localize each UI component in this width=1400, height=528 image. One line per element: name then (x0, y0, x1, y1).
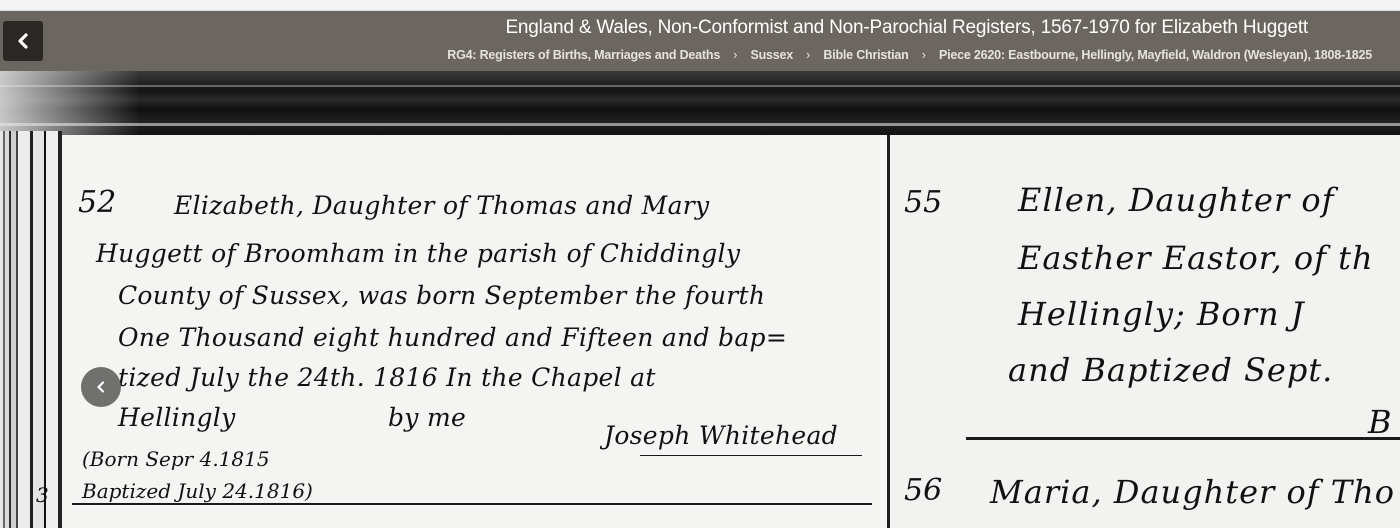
entry-separator-rule (966, 437, 1400, 440)
register-page-right: 55 Ellen, Daughter of Easther Eastor, of… (890, 135, 1400, 528)
entry-line: Huggett of Broomham in the parish of Chi… (96, 239, 740, 268)
breadcrumb-item-county[interactable]: Sussex (750, 48, 793, 62)
signature: Joseph Whitehead (604, 421, 838, 450)
scan-left-margin (0, 131, 62, 528)
breadcrumb-separator: › (806, 47, 810, 62)
page-title: England & Wales, Non-Conformist and Non-… (505, 17, 1308, 39)
entry-number: 55 (904, 185, 942, 220)
breadcrumb-item-denomination[interactable]: Bible Christian (823, 48, 908, 62)
entry-line: tized July the 24th. 1816 In the Chapel … (118, 363, 656, 392)
breadcrumb: RG4: Registers of Births, Marriages and … (447, 47, 1372, 62)
chevron-left-icon (15, 33, 31, 49)
breadcrumb-separator: › (922, 47, 926, 62)
entry-number: 52 (78, 185, 116, 220)
margin-note-line: Baptized July 24.1816) (82, 479, 313, 503)
browser-top-strip (0, 0, 1400, 11)
breadcrumb-item-collection[interactable]: RG4: Registers of Births, Marriages and … (447, 48, 720, 62)
margin-mark: 3 (36, 483, 49, 507)
by-me-text: by me (388, 403, 466, 432)
viewer-header: England & Wales, Non-Conformist and Non-… (0, 11, 1400, 71)
entry-number: 56 (904, 473, 942, 508)
chevron-left-icon (95, 381, 107, 393)
entry-line: Elizabeth, Daughter of Thomas and Mary (174, 191, 709, 220)
entry-separator-rule (72, 503, 872, 505)
entry-line: Easther Eastor, of th (1018, 239, 1374, 277)
scan-book-binding (0, 71, 1400, 135)
signature-underline (640, 455, 862, 456)
entry-line: One Thousand eight hundred and Fifteen a… (118, 323, 787, 352)
previous-image-button[interactable] (81, 367, 121, 407)
back-button[interactable] (3, 21, 43, 61)
entry-line: B (1368, 403, 1393, 441)
margin-note-line: (Born Sepr 4.1815 (82, 447, 270, 471)
document-image-viewer[interactable]: 52 Elizabeth, Daughter of Thomas and Mar… (0, 71, 1400, 528)
register-page-left: 52 Elizabeth, Daughter of Thomas and Mar… (62, 135, 888, 528)
entry-line: Ellen, Daughter of (1018, 181, 1335, 219)
entry-line: and Baptized Sept. (1008, 351, 1333, 389)
entry-line: Hellingly; Born J (1018, 295, 1305, 333)
entry-line: Hellingly (118, 403, 236, 432)
breadcrumb-item-piece[interactable]: Piece 2620: Eastbourne, Hellingly, Mayfi… (939, 48, 1372, 62)
entry-line: County of Sussex, was born September the… (118, 281, 765, 310)
breadcrumb-separator: › (733, 47, 737, 62)
entry-line: Maria, Daughter of Tho (990, 473, 1395, 511)
